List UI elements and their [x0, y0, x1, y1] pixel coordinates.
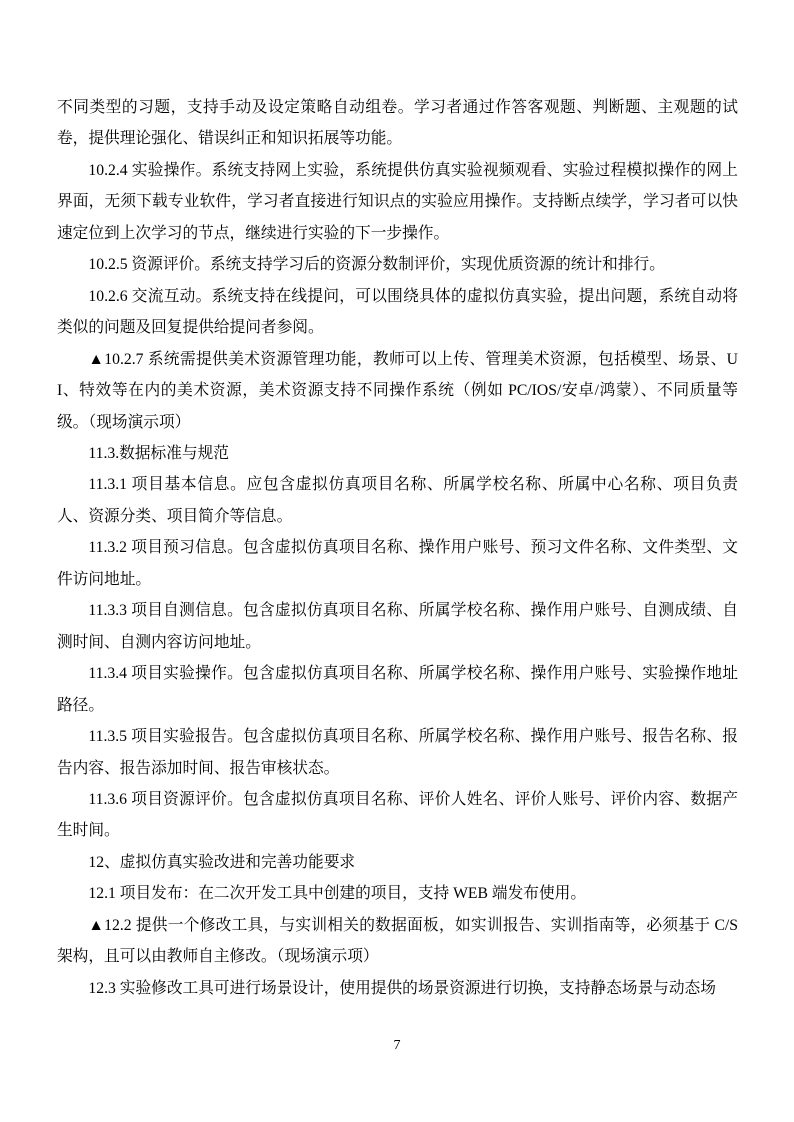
page-number: 7: [0, 1036, 794, 1056]
paragraph: 12.3 实验修改工具可进行场景设计，使用提供的场景资源进行切换，支持静态场景与…: [57, 973, 738, 1004]
paragraph: 11.3.5 项目实验报告。包含虚拟仿真项目名称、所属学校名称、操作用户账号、报…: [57, 721, 738, 784]
paragraph: 12.1 项目发布：在二次开发工具中创建的项目，支持 WEB 端发布使用。: [57, 878, 738, 909]
paragraph: 10.2.5 资源评价。系统支持学习后的资源分数制评价，实现优质资源的统计和排行…: [57, 249, 738, 280]
paragraph: 11.3.4 项目实验操作。包含虚拟仿真项目名称、所属学校名称、操作用户账号、实…: [57, 658, 738, 721]
paragraph: 12、虚拟仿真实验改进和完善功能要求: [57, 847, 738, 878]
paragraph: ▲12.2 提供一个修改工具，与实训相关的数据面板，如实训报告、实训指南等，必须…: [57, 910, 738, 973]
paragraph: 11.3.3 项目自测信息。包含虚拟仿真项目名称、所属学校名称、操作用户账号、自…: [57, 595, 738, 658]
paragraph: 11.3.2 项目预习信息。包含虚拟仿真项目名称、操作用户账号、预习文件名称、文…: [57, 532, 738, 595]
paragraph: 11.3.数据标准与规范: [57, 438, 738, 469]
paragraph: 11.3.1 项目基本信息。应包含虚拟仿真项目名称、所属学校名称、所属中心名称、…: [57, 469, 738, 532]
paragraph: 10.2.4 实验操作。系统支持网上实验，系统提供仿真实验视频观看、实验过程模拟…: [57, 155, 738, 249]
paragraph: ▲10.2.7 系统需提供美术资源管理功能，教师可以上传、管理美术资源，包括模型…: [57, 344, 738, 438]
paragraph: 不同类型的习题，支持手动及设定策略自动组卷。学习者通过作答客观题、判断题、主观题…: [57, 92, 738, 155]
document-body: 不同类型的习题，支持手动及设定策略自动组卷。学习者通过作答客观题、判断题、主观题…: [57, 92, 738, 1004]
paragraph: 10.2.6 交流互动。系统支持在线提问，可以围绕具体的虚拟仿真实验，提出问题，…: [57, 281, 738, 344]
paragraph: 11.3.6 项目资源评价。包含虚拟仿真项目名称、评价人姓名、评价人账号、评价内…: [57, 784, 738, 847]
document-page: 不同类型的习题，支持手动及设定策略自动组卷。学习者通过作答客观题、判断题、主观题…: [0, 0, 794, 1122]
